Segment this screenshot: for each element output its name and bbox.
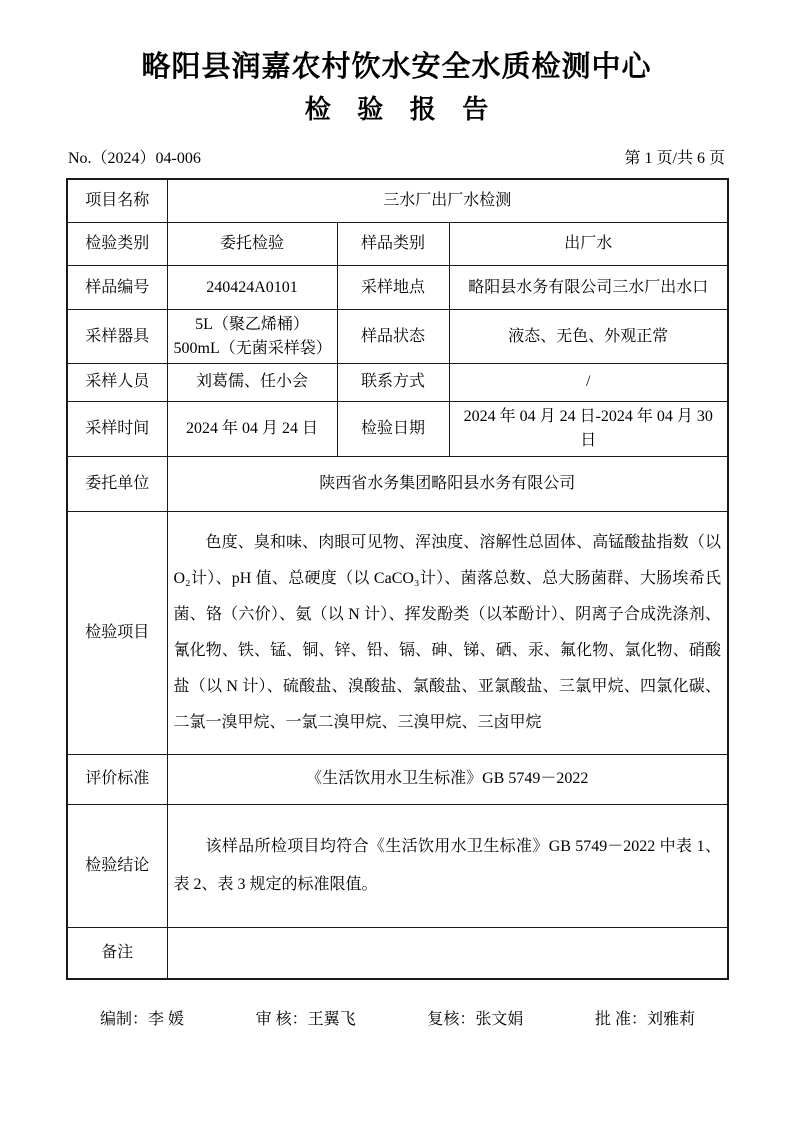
inspection-date-label: 检验日期 (337, 401, 449, 456)
sample-type-value: 出厂水 (449, 223, 728, 266)
conclusion-cell: 该样品所检项目均符合《生活饮用水卫生标准》GB 5749－2022 中表 1、表… (167, 804, 728, 927)
sampling-time-label: 采样时间 (67, 401, 167, 456)
evaluation-standard-label: 评价标准 (67, 754, 167, 804)
sample-type-label: 样品类别 (337, 223, 449, 266)
sample-no-value: 240424A0101 (167, 266, 337, 310)
sampling-equipment-line1: 5L（聚乙烯桶） (174, 313, 331, 336)
report-table: 项目名称 三水厂出厂水检测 检验类别 委托检验 样品类别 出厂水 样品编号 24… (66, 178, 729, 980)
project-name-label: 项目名称 (67, 179, 167, 223)
inspection-type-value: 委托检验 (167, 223, 337, 266)
sample-no-label: 样品编号 (67, 266, 167, 310)
page-number: 第 1 页/共 6 页 (625, 145, 725, 168)
table-row: 检验项目 色度、臭和味、肉眼可见物、浑浊度、溶解性总固体、高锰酸盐指数（以O₂计… (67, 511, 728, 754)
remarks-label: 备注 (67, 927, 167, 979)
table-row: 采样时间 2024 年 04 月 24 日 检验日期 2024 年 04 月 2… (67, 401, 728, 456)
table-row: 备注 (67, 927, 728, 979)
table-row: 检验结论 该样品所检项目均符合《生活饮用水卫生标准》GB 5749－2022 中… (67, 804, 728, 927)
report-number: No.（2024）04-006 (68, 145, 201, 168)
sampling-equipment-line2: 500mL（无菌采样袋） (174, 337, 331, 360)
table-row: 评价标准 《生活饮用水卫生标准》GB 5749－2022 (67, 754, 728, 804)
page-subtitle: 检 验 报 告 (66, 93, 727, 127)
sampling-time-value: 2024 年 04 月 24 日 (167, 401, 337, 456)
sample-status-label: 样品状态 (337, 310, 449, 363)
sample-status-value: 液态、无色、外观正常 (449, 310, 728, 363)
approved-by: 批 准：刘雅莉 (595, 1006, 695, 1029)
evaluation-standard-value: 《生活饮用水卫生标准》GB 5749－2022 (167, 754, 728, 804)
inspection-items-cell: 色度、臭和味、肉眼可见物、浑浊度、溶解性总固体、高锰酸盐指数（以O₂计）、pH … (167, 511, 728, 754)
reviewed-by: 审 核：王翼飞 (256, 1006, 356, 1029)
inspection-date-value: 2024 年 04 月 24 日-2024 年 04 月 30 日 (449, 401, 728, 456)
table-row: 检验类别 委托检验 样品类别 出厂水 (67, 223, 728, 266)
remarks-value (167, 927, 728, 979)
sampling-equipment-label: 采样器具 (67, 310, 167, 363)
inspection-items-value: 色度、臭和味、肉眼可见物、浑浊度、溶解性总固体、高锰酸盐指数（以O₂计）、pH … (174, 525, 722, 741)
table-row: 项目名称 三水厂出厂水检测 (67, 179, 728, 223)
sampling-location-label: 采样地点 (337, 266, 449, 310)
rechecked-by: 复核：张文娟 (427, 1006, 523, 1029)
table-row: 样品编号 240424A0101 采样地点 略阳县水务有限公司三水厂出水口 (67, 266, 728, 310)
contact-label: 联系方式 (337, 363, 449, 401)
conclusion-label: 检验结论 (67, 804, 167, 927)
sampling-equipment-value: 5L（聚乙烯桶） 500mL（无菌采样袋） (167, 310, 337, 363)
prepared-by: 编制：李 媛 (100, 1006, 184, 1029)
table-row: 采样人员 刘葛儒、任小会 联系方式 / (67, 363, 728, 401)
conclusion-value: 该样品所检项目均符合《生活饮用水卫生标准》GB 5749－2022 中表 1、表… (174, 828, 722, 904)
sampling-location-value: 略阳县水务有限公司三水厂出水口 (449, 266, 728, 310)
report-page: 略阳县润嘉农村饮水安全水质检测中心 检 验 报 告 No.（2024）04-00… (0, 0, 793, 1122)
page-title: 略阳县润嘉农村饮水安全水质检测中心 (66, 48, 727, 87)
client-value: 陕西省水务集团略阳县水务有限公司 (167, 456, 728, 511)
inspection-items-label: 检验项目 (67, 511, 167, 754)
client-label: 委托单位 (67, 456, 167, 511)
meta-row: No.（2024）04-006 第 1 页/共 6 页 (66, 145, 727, 168)
inspection-type-label: 检验类别 (67, 223, 167, 266)
contact-value: / (449, 363, 728, 401)
table-row: 采样器具 5L（聚乙烯桶） 500mL（无菌采样袋） 样品状态 液态、无色、外观… (67, 310, 728, 363)
sampling-personnel-label: 采样人员 (67, 363, 167, 401)
table-row: 委托单位 陕西省水务集团略阳县水务有限公司 (67, 456, 728, 511)
project-name-value: 三水厂出厂水检测 (167, 179, 728, 223)
signature-row: 编制：李 媛 审 核：王翼飞 复核：张文娟 批 准：刘雅莉 (66, 1006, 727, 1029)
sampling-personnel-value: 刘葛儒、任小会 (167, 363, 337, 401)
